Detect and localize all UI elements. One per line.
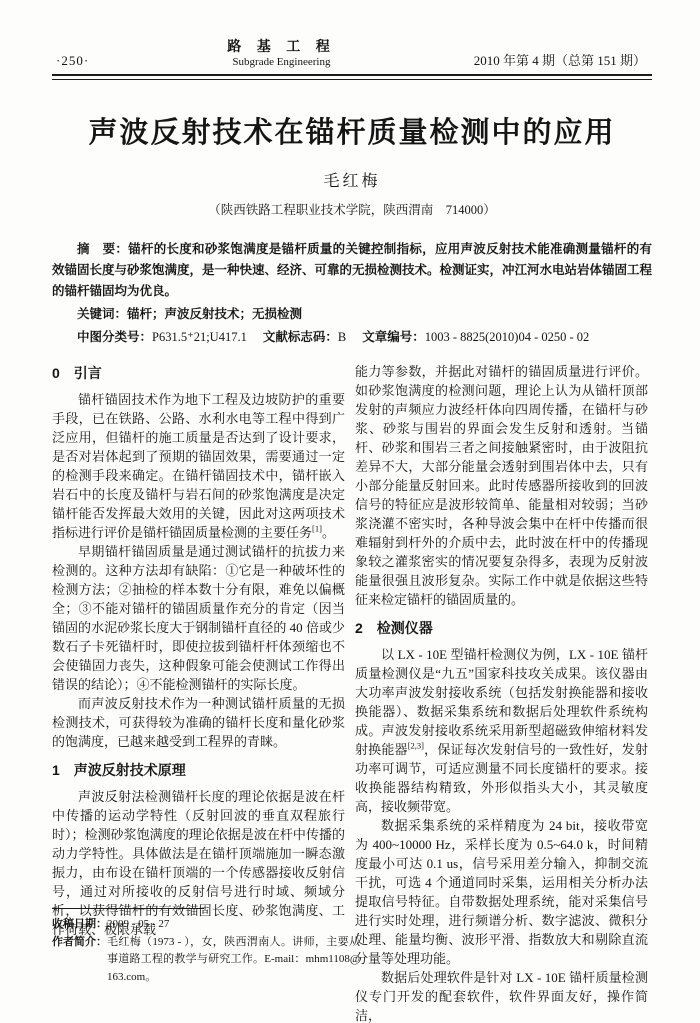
paragraph-text: 。	[322, 525, 335, 540]
paragraph-text: 锚杆锚固技术作为地下工程及边坡防护的重要手段，已在铁路、公路、水利水电等工程中得…	[52, 392, 345, 540]
keywords-label: 关键词：	[77, 307, 127, 321]
paragraph: 而声波反射技术作为一种测试锚杆质量的无损检测技术，可获得较为准确的锚杆长度和量化…	[52, 694, 345, 751]
received-date-row: 收稿日期： 2009 - 05 - 27	[52, 916, 360, 934]
paragraph-text: 以 LX - 10E 型锚杆检测仪为例，LX - 10E 锚杆质量检测仪是“九五…	[355, 647, 648, 757]
paragraph: 以 LX - 10E 型锚杆检测仪为例，LX - 10E 锚杆质量检测仪是“九五…	[355, 645, 648, 816]
keywords-line: 关键词：锚杆；声波反射技术；无损检测	[52, 304, 652, 325]
journal-header: ·250· 路 基 工 程 Subgrade Engineering 2010 …	[52, 40, 652, 71]
header-divider	[52, 74, 652, 81]
abstract-label: 摘 要：	[77, 242, 128, 256]
keywords-text: 锚杆；声波反射技术；无损检测	[127, 307, 302, 321]
paragraph-text: 能力等参数，并据此对锚杆的锚固质量进行评价。如砂浆饱满度的检测问题，理论上认为从…	[355, 364, 648, 607]
doc-code-label: 文献标志码：	[263, 330, 338, 344]
received-date-value: 2009 - 05 - 27	[107, 916, 360, 934]
paragraph-text: 而声波反射技术作为一种测试锚杆质量的无损检测技术，可获得较为准确的锚杆长度和量化…	[52, 696, 345, 749]
paragraph-text: 数据后处理软件是针对 LX - 10E 锚杆质量检测仪专门开发的配套软件，软件界…	[355, 970, 648, 1023]
paper-page: ·250· 路 基 工 程 Subgrade Engineering 2010 …	[0, 0, 700, 1023]
article-no: 1003 - 8825(2010)04 - 0250 - 02	[425, 330, 590, 344]
received-date-label: 收稿日期：	[52, 916, 107, 934]
journal-name: 路 基 工 程 Subgrade Engineering	[227, 40, 336, 69]
abstract-block: 摘 要：锚杆的长度和砂浆饱满度是锚杆质量的关键控制指标，应用声波反射技术能准确测…	[52, 239, 652, 348]
footnote-divider	[52, 908, 204, 909]
footnote-block: 收稿日期： 2009 - 05 - 27 作者简介： 毛红梅（1973 - ），…	[52, 908, 360, 986]
paragraph: 能力等参数，并据此对锚杆的锚固质量进行评价。如砂浆饱满度的检测问题，理论上认为从…	[355, 362, 648, 609]
article-no-label: 文章编号：	[362, 330, 425, 344]
journal-name-en: Subgrade Engineering	[227, 56, 336, 69]
author-name: 毛红梅	[52, 168, 652, 191]
author-bio-row: 作者简介： 毛红梅（1973 - ），女，陕西渭南人。讲师，主要从事道路工程的教…	[52, 934, 360, 987]
section-heading: 2 检测仪器	[355, 619, 648, 638]
clc-label: 中图分类号：	[77, 330, 152, 344]
author-affiliation: （陕西铁路工程职业技术学院，陕西渭南 714000）	[52, 200, 652, 218]
paragraph: 早期锚杆锚固质量是通过测试锚杆的抗拔力来检测的。这种方法却有缺陷：①它是一种破坏…	[52, 542, 345, 694]
paragraph: 锚杆锚固技术作为地下工程及边坡防护的重要手段，已在铁路、公路、水利水电等工程中得…	[52, 390, 345, 542]
abstract-text: 锚杆的长度和砂浆饱满度是锚杆质量的关键控制指标，应用声波反射技术能准确测量锚杆的…	[52, 242, 652, 298]
paragraph-text: 数据采集系统的采样精度为 24 bit，接收带宽为 400~10000 Hz，采…	[355, 818, 648, 966]
classification-line: 中图分类号：P631.5⁺21;U417.1文献标志码：B文章编号：1003 -…	[52, 327, 652, 348]
author-bio-label: 作者简介：	[52, 934, 107, 987]
section-heading: 0 引言	[52, 364, 345, 383]
page-number: ·250·	[56, 53, 89, 69]
journal-name-cn: 路 基 工 程	[227, 40, 336, 56]
citation-superscript: [1]	[312, 524, 322, 534]
issue-info: 2010 年第 4 期（总第 151 期）	[474, 50, 646, 69]
page-title: 声波反射技术在锚杆质量检测中的应用	[52, 110, 652, 151]
paragraph: 数据后处理软件是针对 LX - 10E 锚杆质量检测仪专门开发的配套软件，软件界…	[355, 968, 648, 1023]
author-bio-value: 毛红梅（1973 - ），女，陕西渭南人。讲师，主要从事道路工程的教学与研究工作…	[107, 934, 360, 987]
doc-code: B	[338, 330, 346, 344]
section-heading: 1 声波反射技术原理	[52, 761, 345, 780]
abstract-paragraph: 摘 要：锚杆的长度和砂浆饱满度是锚杆质量的关键控制指标，应用声波反射技术能准确测…	[52, 239, 652, 302]
citation-superscript: [2,3]	[408, 741, 424, 751]
paragraph: 数据采集系统的采样精度为 24 bit，接收带宽为 400~10000 Hz，采…	[355, 816, 648, 968]
paragraph-text: 早期锚杆锚固质量是通过测试锚杆的抗拔力来检测的。这种方法却有缺陷：①它是一种破坏…	[52, 544, 345, 692]
right-column: 能力等参数，并据此对锚杆的锚固质量进行评价。如砂浆饱满度的检测问题，理论上认为从…	[355, 362, 648, 1023]
clc-number: P631.5⁺21;U417.1	[152, 330, 247, 344]
